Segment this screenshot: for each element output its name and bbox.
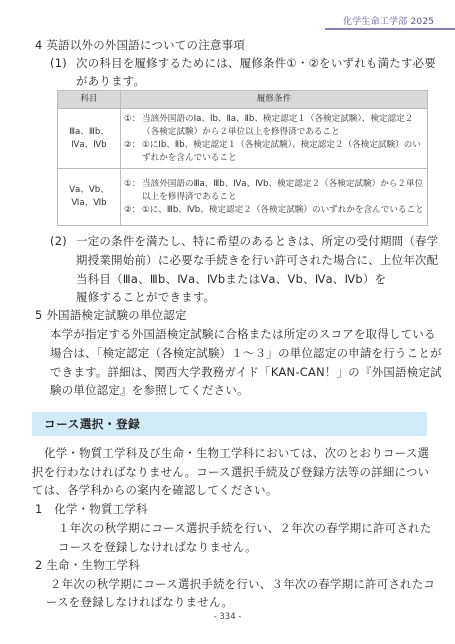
item1-line-2: があります。 <box>76 72 145 90</box>
course-intro-line-3: ては、各学科からの案内を確認してください。 <box>32 481 278 499</box>
item2-line-1: 一定の条件を満たし、特に希望のあるときは、所定の受付期間（春学 <box>76 232 438 250</box>
page-number: - 334 - <box>0 612 455 622</box>
conditions-cell: ①： 当該外国語のⅠa、Ⅰb、Ⅱa、Ⅱb、検定認定１（各検定試験）、検定認定２（… <box>121 109 428 169</box>
subject-line: Ⅵa、Ⅵb <box>61 197 117 210</box>
condition-2: ②： ①に、Ⅲb、Ⅳb、検定認定２（各検定試験）のいずれかを含んでいること <box>124 204 424 217</box>
section-band-course: コース選択・登録 <box>32 412 427 436</box>
item2-line-4: 履修することができます。 <box>76 288 215 306</box>
item1-number: (1) <box>50 54 67 72</box>
header-title: 化学生命工学部 2025 <box>325 14 455 27</box>
item2-line-2: 期授業開始前）に必要な手続きを行い許可された場合に、上位年次配 <box>76 251 438 269</box>
item2-line-3: 当科目（Ⅲa、Ⅲb、Ⅳa、ⅣbまたはⅤa、Ⅴb、Ⅳa、Ⅳb）を <box>76 270 386 288</box>
header-rule <box>325 28 455 30</box>
condition-1: ①： 当該外国語のⅢa、Ⅲb、Ⅳa、Ⅳb、検定認定２（各検定試験）から２単位以上… <box>124 178 424 204</box>
running-header: 化学生命工学部 2025 <box>325 14 455 27</box>
section5-heading: 5 外国語検定試験の単位認定 <box>35 306 187 324</box>
subject-cell: Ⅴa、Ⅴb、 Ⅵa、Ⅵb <box>58 169 121 226</box>
subject-line: Ⅲa、Ⅲb、 <box>61 126 117 139</box>
condition-number: ②： <box>124 139 142 165</box>
item1-line-1: 次の科目を履修するためには、履修条件①・②をいずれも満たす必要 <box>76 54 436 72</box>
table-header-row: 科目 履修条件 <box>58 91 428 109</box>
dept1-heading: 1 化学・物質工学科 <box>35 500 148 518</box>
condition-text: 当該外国語のⅠa、Ⅰb、Ⅱa、Ⅱb、検定認定１（各検定試験）、検定認定２（各検定… <box>142 113 424 139</box>
conditions-cell: ①： 当該外国語のⅢa、Ⅲb、Ⅳa、Ⅳb、検定認定２（各検定試験）から２単位以上… <box>121 169 428 226</box>
subject-cell: Ⅲa、Ⅲb、 Ⅳa、Ⅳb <box>58 109 121 169</box>
condition-text: ①にⅠb、Ⅱb、検定認定１（各検定試験）、検定認定２（各検定試験）のいずれかを含… <box>142 139 424 165</box>
subject-line: Ⅳa、Ⅳb <box>61 139 117 152</box>
section5-line-3: できます。詳細は、関西大学教務ガイド「KAN-CAN！」の『外国語検定試 <box>50 363 442 381</box>
course-intro-line-1: 化学・物質工学科及び生命・生物工学科においては、次のとおりコース選 <box>44 444 429 462</box>
section4-heading: 4 英語以外の外国語についての注意事項 <box>35 36 245 54</box>
section5-line-1: 本学が指定する外国語検定試験に合格または所定のスコアを取得している <box>50 325 436 343</box>
item2-number: (2) <box>50 232 67 250</box>
dept1-line-2: コースを登録しなければなりません。 <box>58 538 257 556</box>
band-title: コース選択・登録 <box>44 416 140 432</box>
prerequisite-table: 科目 履修条件 Ⅲa、Ⅲb、 Ⅳa、Ⅳb ①： 当該外国語のⅠa、Ⅰb、Ⅱa、Ⅱ… <box>57 90 428 226</box>
subject-line: Ⅴa、Ⅴb、 <box>61 184 117 197</box>
condition-number: ②： <box>124 204 142 217</box>
table-row: Ⅲa、Ⅲb、 Ⅳa、Ⅳb ①： 当該外国語のⅠa、Ⅰb、Ⅱa、Ⅱb、検定認定１（… <box>58 109 428 169</box>
dept2-heading: 2 生命・生物工学科 <box>35 556 140 574</box>
dept2-line-1: ２年次の秋学期にコース選択手続を行い、３年次の春学期に許可されたコ <box>50 575 435 593</box>
condition-number: ①： <box>124 178 142 204</box>
column-header-subject: 科目 <box>58 91 121 109</box>
section5-line-2: 場合は、「検定認定（各検定試験）１～３」の単位認定の申請を行うことが <box>50 344 442 362</box>
dept2-line-2: ースを登録しなければなりません。 <box>46 593 233 611</box>
condition-1: ①： 当該外国語のⅠa、Ⅰb、Ⅱa、Ⅱb、検定認定１（各検定試験）、検定認定２（… <box>124 113 424 139</box>
section5-line-4: 験の単位認定』を参照してください。 <box>50 381 249 399</box>
condition-text: ①に、Ⅲb、Ⅳb、検定認定２（各検定試験）のいずれかを含んでいること <box>142 204 424 217</box>
course-intro-line-2: 択を行わなければなりません。コース選択手続及び登録方法等の詳細につい <box>32 463 429 481</box>
condition-number: ①： <box>124 113 142 139</box>
dept1-line-1: １年次の秋学期にコース選択手続を行い、２年次の春学期に許可された <box>58 519 432 537</box>
condition-2: ②： ①にⅠb、Ⅱb、検定認定１（各検定試験）、検定認定２（各検定試験）のいずれ… <box>124 139 424 165</box>
column-header-conditions: 履修条件 <box>121 91 428 109</box>
condition-text: 当該外国語のⅢa、Ⅲb、Ⅳa、Ⅳb、検定認定２（各検定試験）から２単位以上を修得… <box>142 178 424 204</box>
table-row: Ⅴa、Ⅴb、 Ⅵa、Ⅵb ①： 当該外国語のⅢa、Ⅲb、Ⅳa、Ⅳb、検定認定２（… <box>58 169 428 226</box>
